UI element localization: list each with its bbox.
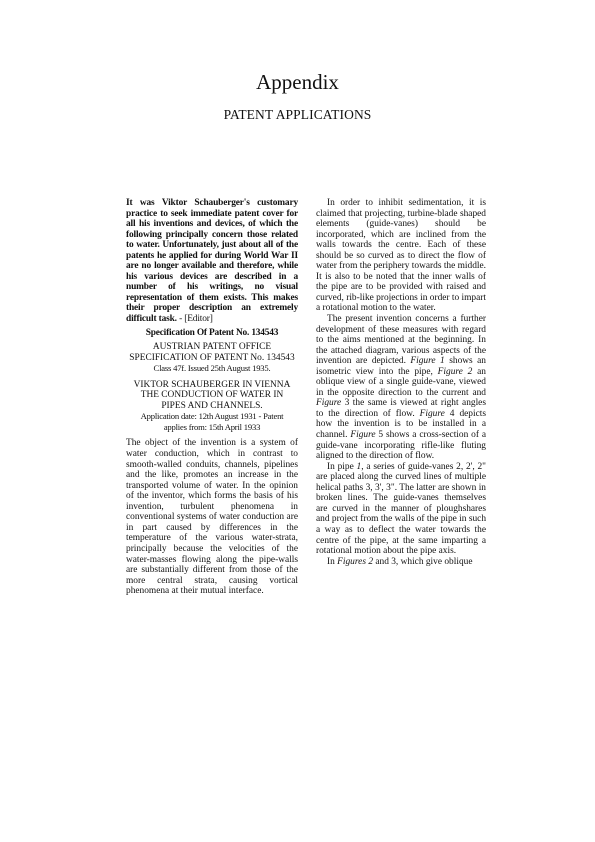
office-line-1: AUSTRIAN PATENT OFFICE	[126, 342, 298, 353]
inventor-line-3: PIPES AND CHANNELS.	[126, 401, 298, 412]
office-line-2: SPECIFICATION OF PATENT No. 134543	[126, 353, 298, 364]
figure-ref: Figure	[420, 409, 445, 419]
paragraph-present-invention: The present invention concerns a further…	[316, 314, 486, 462]
dates-line-2: applies from: 15th April 1933	[126, 422, 298, 433]
text-span: , a series of guide-vanes 2, 2', 2" are …	[316, 462, 486, 556]
inventor-line-2: THE CONDUCTION OF WATER IN	[126, 390, 298, 401]
paragraph-pipe: In pipe 1, a series of guide-vanes 2, 2'…	[316, 462, 486, 557]
page-title: Appendix	[0, 69, 595, 95]
text-span: In	[327, 557, 337, 567]
text-span: and 3, which give oblique	[373, 557, 472, 567]
paragraph-figures: In Figures 2 and 3, which give oblique	[316, 557, 486, 568]
inventor-block: VIKTOR SCHAUBERGER IN VIENNA THE CONDUCT…	[126, 380, 298, 433]
page-subtitle: PATENT APPLICATIONS	[0, 106, 595, 123]
right-column: In order to inhibit sedimentation, it is…	[316, 198, 486, 567]
text-span: In pipe	[327, 462, 357, 472]
spec-heading: Specification Of Patent No. 134543	[126, 328, 298, 339]
paragraph-sedimentation: In order to inhibit sedimentation, it is…	[316, 198, 486, 314]
editor-tag: - [Editor]	[177, 314, 213, 324]
editorial-note: It was Viktor Schauberger's customary pr…	[126, 198, 298, 325]
office-line-3: Class 47f. Issued 25th August 1935.	[126, 363, 298, 374]
figure-ref: Figure 1	[410, 356, 444, 366]
editorial-note-text: It was Viktor Schauberger's customary pr…	[126, 198, 298, 324]
figure-ref: Figure	[350, 430, 375, 440]
figure-ref: Figures 2	[337, 557, 373, 567]
left-column: It was Viktor Schauberger's customary pr…	[126, 198, 298, 597]
office-block: AUSTRIAN PATENT OFFICE SPECIFICATION OF …	[126, 342, 298, 374]
dates-line-1: Application date: 12th August 1931 - Pat…	[126, 411, 298, 422]
figure-ref: Figure	[316, 398, 341, 408]
inventor-line-1: VIKTOR SCHAUBERGER IN VIENNA	[126, 380, 298, 391]
figure-ref: Figure 2	[438, 367, 473, 377]
body-paragraph: The object of the invention is a system …	[126, 438, 298, 596]
